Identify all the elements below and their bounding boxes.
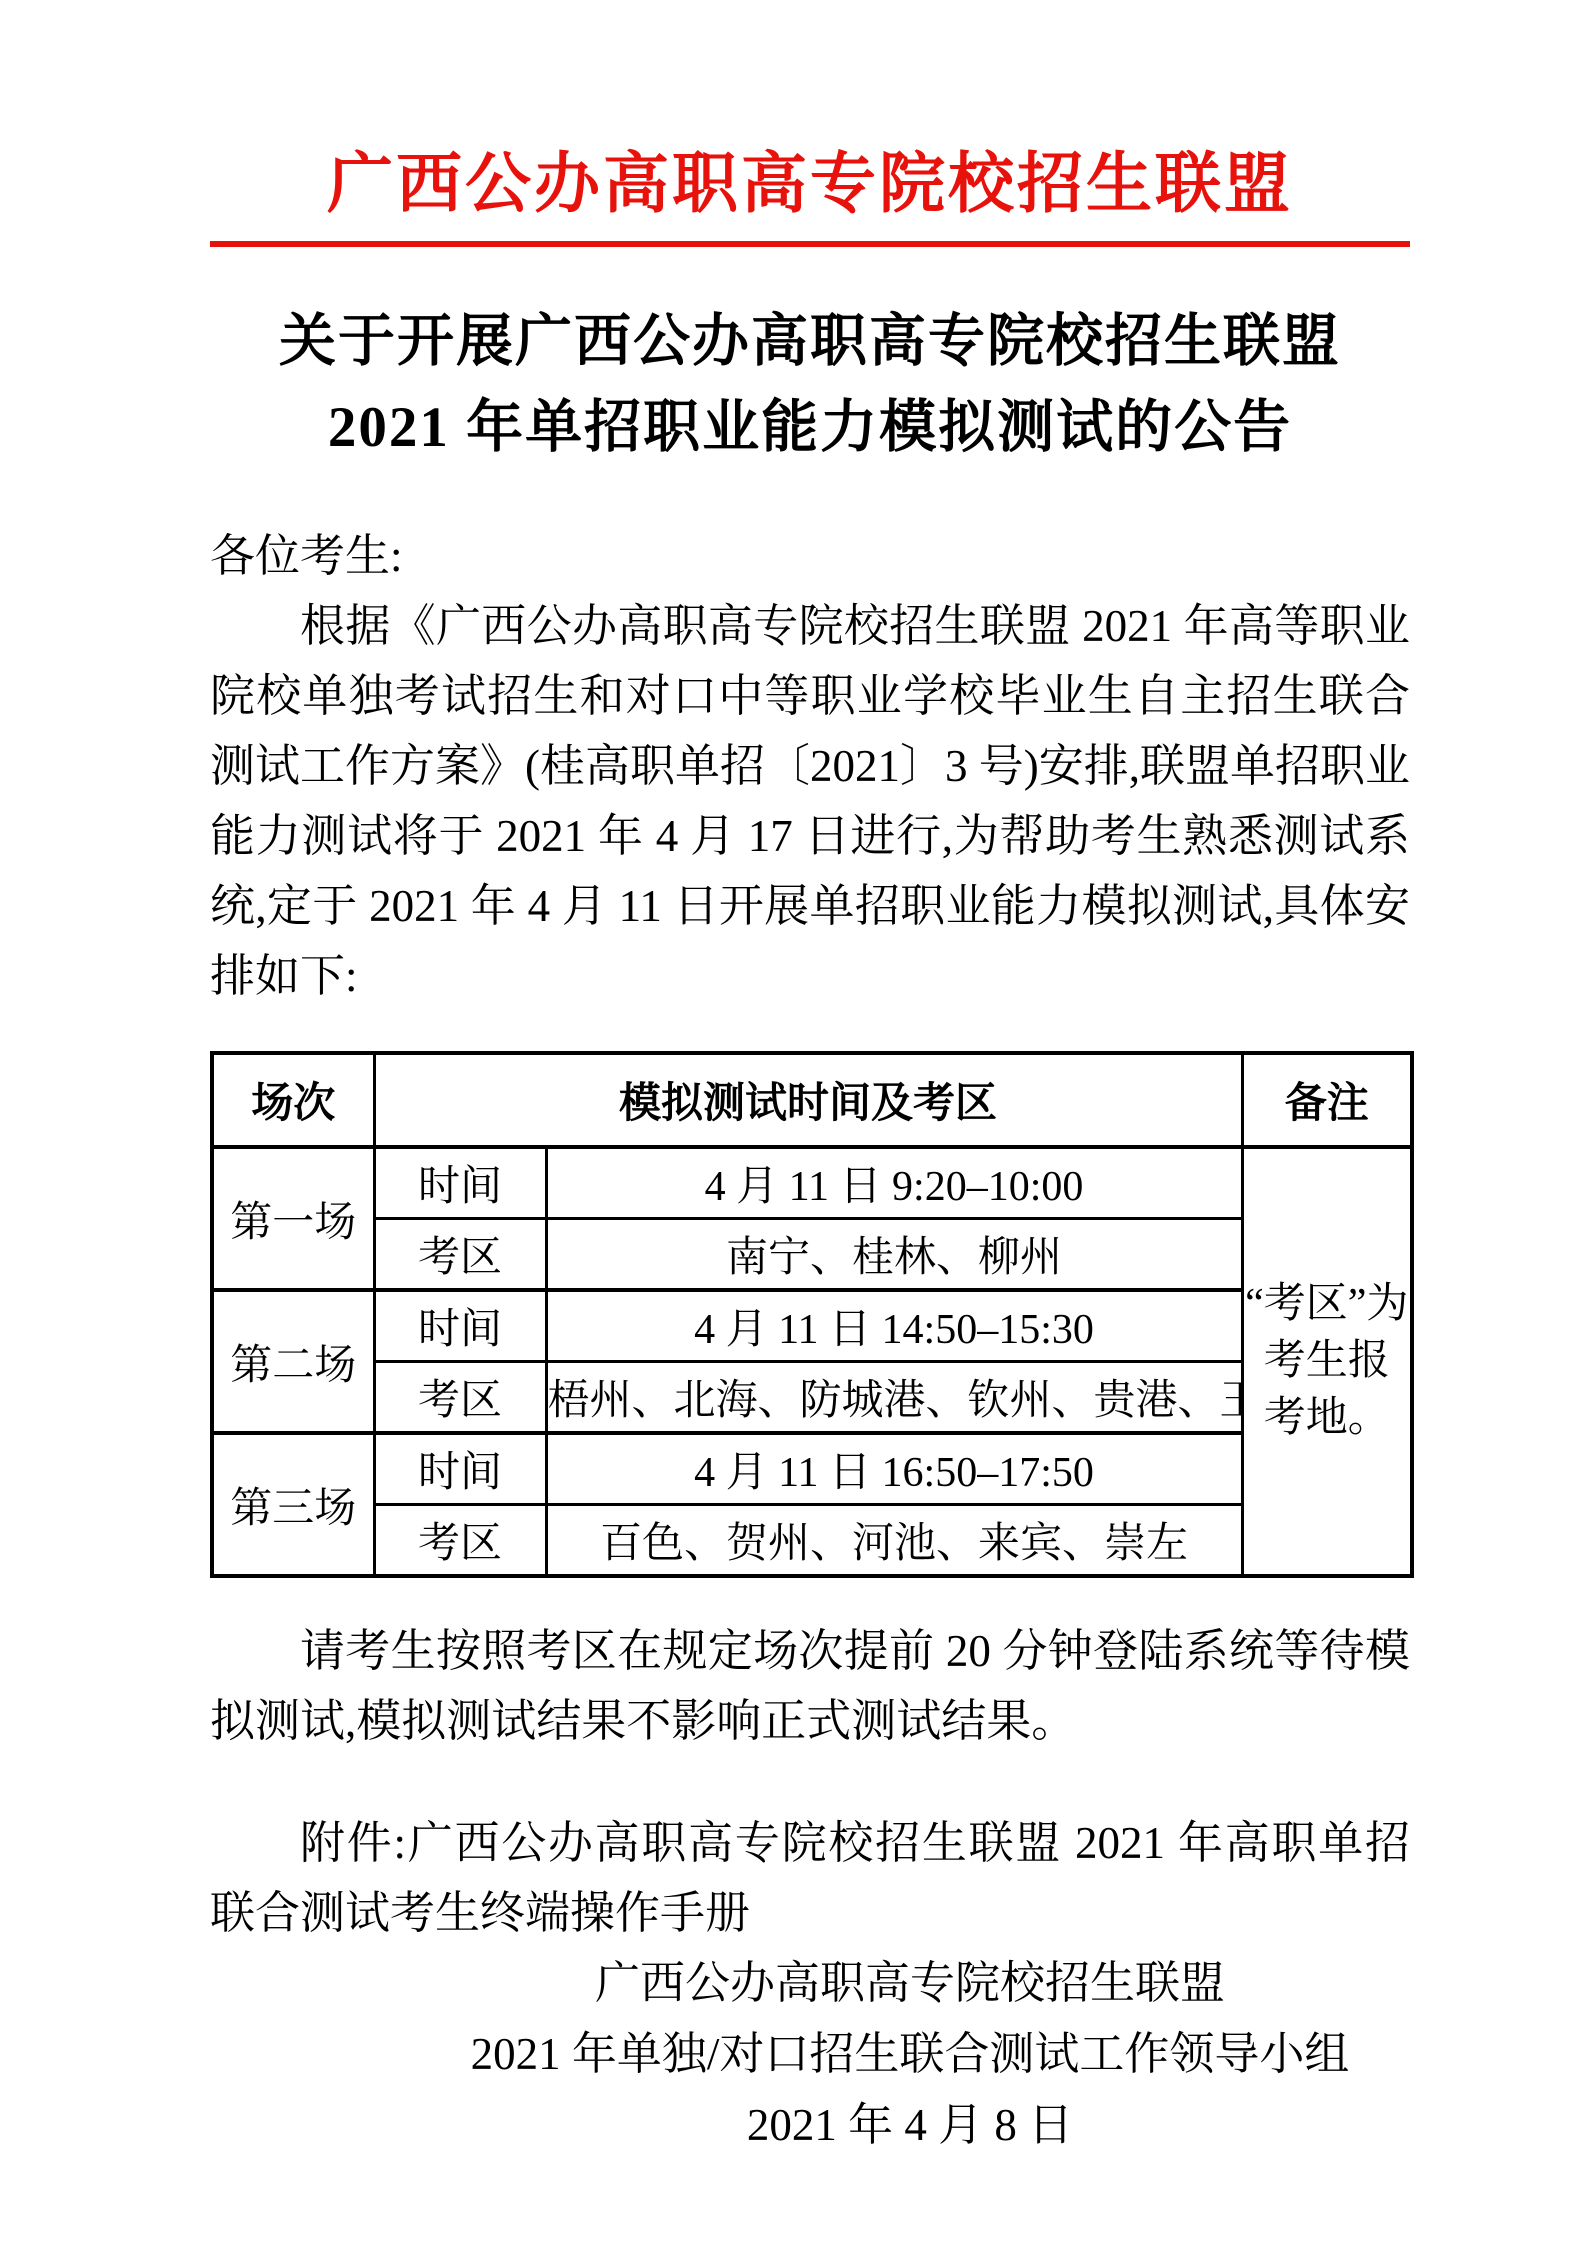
schedule-table: 场次 模拟测试时间及考区 备注 第一场 时间 4 月 11 日 9:20–10:… (210, 1051, 1414, 1578)
signature-group: 2021 年单独/对口招生联合测试工作领导小组 (410, 2019, 1410, 2090)
col-header-session: 场次 (212, 1053, 374, 1147)
table-row: 第一场 时间 4 月 11 日 9:20–10:00 “考区”为考生报考地。 (212, 1147, 1412, 1219)
session-1-area-value: 南宁、桂林、柳州 (546, 1219, 1242, 1291)
document-title: 关于开展广西公办高职高专院校招生联盟 2021 年单招职业能力模拟测试的公告 (210, 299, 1410, 471)
session-2-area-label: 考区 (374, 1362, 546, 1434)
closing-paragraph: 请考生按照考区在规定场次提前 20 分钟登陆系统等待模拟测试,模拟测试结果不影响… (210, 1616, 1410, 1756)
session-3-time-value: 4 月 11 日 16:50–17:50 (546, 1433, 1242, 1505)
note-cell: “考区”为考生报考地。 (1242, 1147, 1412, 1576)
session-2-time-label: 时间 (374, 1290, 546, 1362)
session-2-area-value: 梧州、北海、防城港、钦州、贵港、玉林 (546, 1362, 1242, 1434)
intro-paragraph: 根据《广西公办高职高专院校招生联盟 2021 年高等职业院校单独考试招生和对口中… (210, 591, 1410, 1011)
table-row: 考区 梧州、北海、防城港、钦州、贵港、玉林 (212, 1362, 1412, 1434)
session-3-area-label: 考区 (374, 1505, 546, 1577)
attachment-paragraph: 附件:广西公办高职高专院校招生联盟 2021 年高职单招联合测试考生终端操作手册 (210, 1808, 1410, 1948)
letterhead-rule (210, 241, 1410, 247)
signature-org: 广西公办高职高专院校招生联盟 (410, 1948, 1410, 2019)
table-row: 考区 南宁、桂林、柳州 (212, 1219, 1412, 1291)
table-row: 第三场 时间 4 月 11 日 16:50–17:50 (212, 1433, 1412, 1505)
signature-block: 广西公办高职高专院校招生联盟 2021 年单独/对口招生联合测试工作领导小组 2… (410, 1948, 1410, 2161)
session-2-name: 第二场 (212, 1290, 374, 1433)
letterhead-title: 广西公办高职高专院校招生联盟 (210, 95, 1410, 219)
col-header-note: 备注 (1242, 1053, 1412, 1147)
letterhead: 广西公办高职高专院校招生联盟 (210, 95, 1410, 247)
col-header-time-area: 模拟测试时间及考区 (374, 1053, 1242, 1147)
document-title-line2: 2021 年单招职业能力模拟测试的公告 (210, 385, 1410, 471)
session-1-time-value: 4 月 11 日 9:20–10:00 (546, 1147, 1242, 1219)
salutation: 各位考生: (210, 521, 1410, 591)
session-3-area-value: 百色、贺州、河池、来宾、崇左 (546, 1505, 1242, 1577)
session-2-time-value: 4 月 11 日 14:50–15:30 (546, 1290, 1242, 1362)
document-title-line1: 关于开展广西公办高职高专院校招生联盟 (210, 299, 1410, 385)
session-3-name: 第三场 (212, 1433, 374, 1576)
session-1-name: 第一场 (212, 1147, 374, 1290)
signature-date: 2021 年 4 月 8 日 (410, 2090, 1410, 2161)
session-1-area-label: 考区 (374, 1219, 546, 1291)
table-row: 考区 百色、贺州、河池、来宾、崇左 (212, 1505, 1412, 1577)
session-3-time-label: 时间 (374, 1433, 546, 1505)
document-page: 广西公办高职高专院校招生联盟 关于开展广西公办高职高专院校招生联盟 2021 年… (0, 0, 1587, 2245)
table-header-row: 场次 模拟测试时间及考区 备注 (212, 1053, 1412, 1147)
table-row: 第二场 时间 4 月 11 日 14:50–15:30 (212, 1290, 1412, 1362)
session-1-time-label: 时间 (374, 1147, 546, 1219)
